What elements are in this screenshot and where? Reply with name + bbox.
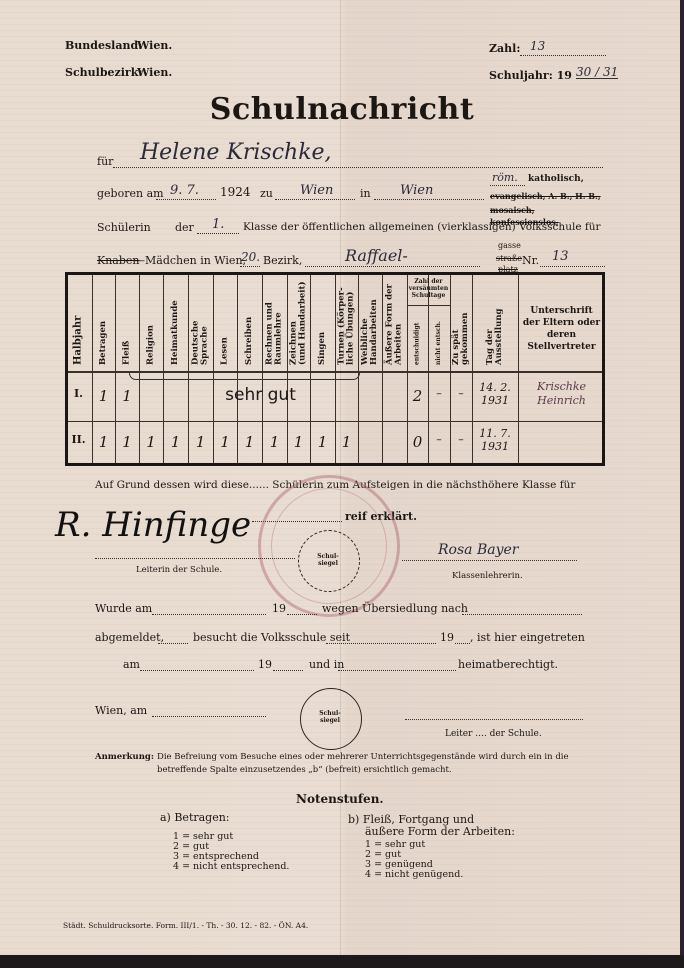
transfer-line3-c: und in <box>309 659 344 670</box>
table-gridline <box>407 305 450 306</box>
table-header-cell: Lesen <box>215 281 235 365</box>
transfer-line2-c: 19 <box>440 632 454 643</box>
seal-label: Schul- siegel <box>298 553 358 567</box>
form-footer: Städt. Schuldrucksorte. Form. III/1. - T… <box>63 922 308 930</box>
transfer-line1-b: 19 <box>272 603 286 614</box>
grading-b-title-1: b) Fleiß, Fortgang und <box>348 814 474 825</box>
table-header-cell: Zu spät gekommen <box>452 281 470 365</box>
note-line1: Die Befreiung vom Besuche eines oder meh… <box>157 753 569 762</box>
table-header-cell: Deutsche Sprache <box>190 281 211 365</box>
table-header-cell: Turnen (Körper- liche Übungen) <box>337 281 356 365</box>
grading-a-list: 1 = sehr gut2 = gut3 = entsprechend4 = n… <box>173 832 289 872</box>
term-label: I. <box>65 387 92 400</box>
teacher-signature: Rosa Bayer <box>438 543 518 557</box>
note-line2: betreffende Spalte einzusetzendes „b“ (b… <box>157 766 452 775</box>
table-header-missed-days: Zahl der versäumten Schultage <box>408 279 449 300</box>
street-name: Raffael- <box>345 248 408 264</box>
district-label: Schulbezirk: <box>65 67 142 78</box>
school-year-label: Schuljahr: 19 <box>489 70 572 81</box>
table-header-cell: Halbjahr <box>67 281 90 365</box>
homeland: Wien <box>400 184 433 197</box>
house-no-label: Nr. <box>522 255 539 266</box>
number-label: Zahl: <box>489 43 520 54</box>
transfer-line1-a: Wurde am <box>95 603 152 614</box>
table-header-cell: Singen <box>312 281 333 365</box>
transfer-line2-a: abgemeldet, <box>95 632 164 643</box>
principal-label: Leiterin der Schule. <box>136 566 222 575</box>
principal-signature: R. Hinfinge <box>55 508 251 542</box>
born-in-label: zu <box>260 188 273 199</box>
class-label-post: Klasse der öffentlichen allgemeinen (vie… <box>243 222 601 233</box>
class-value: 1. <box>212 218 224 231</box>
religion-option-jewish: mosaisch, <box>490 206 535 214</box>
district-word: Bezirk, <box>263 255 302 266</box>
grade-cell: 1 <box>335 433 358 451</box>
table-header-cell: Religion <box>141 281 161 365</box>
table-header-cell: Weibliche Handarbeiten <box>360 281 380 365</box>
table-header-cell: entschuldigt <box>409 309 426 365</box>
transfer-line3-a: am <box>123 659 140 670</box>
religion-option-evangelical: evangelisch, A. B., H. B., <box>490 192 601 200</box>
table-header-signature: Unterschrift der Eltern oder deren Stell… <box>522 305 601 354</box>
table-header-cell: Schreiben <box>239 281 260 365</box>
school-year-value: 30 / 31 <box>576 66 618 79</box>
issue-date-year: 1931 <box>472 394 518 407</box>
grade-cell: 1 <box>262 433 287 451</box>
grade-cell: 1 <box>139 433 163 451</box>
grading-b-list: 1 = sehr gut2 = gut3 = genügend4 = nicht… <box>365 840 463 880</box>
table-header-cell: Betragen <box>94 281 113 365</box>
late-count: – <box>450 433 472 446</box>
late-count: – <box>450 387 472 400</box>
table-gridline <box>518 275 519 463</box>
district-number: 20. <box>241 251 260 263</box>
grade-cell: 1 <box>213 433 237 451</box>
district-value: Wien. <box>137 67 172 78</box>
brace-mark <box>129 373 360 380</box>
state-label: Bundesland: <box>65 40 142 51</box>
place-date-label: Wien, am <box>95 705 147 716</box>
transfer-line2-b: besucht die Volksschule seit <box>193 632 350 643</box>
grade-cell: 1 <box>188 433 213 451</box>
grading-a-item: 4 = nicht entsprechend. <box>173 862 289 872</box>
religion-written: röm. <box>492 172 518 183</box>
number-value: 13 <box>530 40 545 52</box>
table-header-cell: Tag der Ausstellung <box>474 281 516 365</box>
issue-date: 14. 2. <box>472 381 518 394</box>
scan-edge-right <box>680 0 684 968</box>
grade-cell: 1 <box>310 433 335 451</box>
table-header-cell: Äußere Form der Arbeiten <box>384 281 405 365</box>
table-header-cell: Fleiß <box>117 281 137 365</box>
issue-date-year: 1931 <box>472 440 518 453</box>
grade-cell: 1 <box>92 387 115 405</box>
religion-option-catholic: katholisch, <box>528 175 584 184</box>
note-label: Anmerkung: <box>95 753 154 762</box>
transfer-line3-d: heimatberechtigt. <box>458 659 558 670</box>
table-header-cell: Rechnen und Raumlehre <box>264 281 285 365</box>
girls-label: —Mädchen in Wien, <box>134 255 246 266</box>
unexcused-days: – <box>428 387 450 400</box>
state-value: Wien. <box>137 40 172 51</box>
grading-b-title-2: äußere Form der Arbeiten: <box>365 826 515 837</box>
subjects-summary-grade: sehr gut <box>139 385 382 405</box>
excused-days: 2 <box>407 387 428 405</box>
document-title: Schulnachricht <box>0 92 684 127</box>
street-type-gasse: gasse <box>498 242 521 250</box>
table-gridline <box>358 275 359 463</box>
issue-date: 11. 7. <box>472 427 518 440</box>
pupil-label: Schülerin <box>97 222 151 233</box>
table-gridline <box>382 275 383 463</box>
parent-signature-2: Heinrich <box>518 394 605 407</box>
birthplace: Wien <box>300 184 333 197</box>
homeland-in-label: in <box>360 188 371 199</box>
house-number: 13 <box>552 250 569 263</box>
grade-cell: 1 <box>115 387 139 405</box>
grading-a-title: a) Betragen: <box>160 812 230 823</box>
table-header-cell: nicht entsch. <box>430 309 448 365</box>
transfer-line1-c: wegen Übersiedlung nach <box>322 603 468 614</box>
table-gridline <box>68 421 602 422</box>
teacher-label: Klassenlehrerin. <box>452 572 523 581</box>
born-label: geboren am <box>97 188 164 199</box>
grade-cell: 1 <box>92 433 115 451</box>
grades-table: HalbjahrBetragenFleißReligionHeimatkunde… <box>65 272 605 466</box>
table-header-cell: Zeichnen (und Handarbeit) <box>289 281 308 365</box>
grade-cell: 1 <box>287 433 310 451</box>
principal-label-empty: Leiter .... der Schule. <box>445 730 542 739</box>
unexcused-days: – <box>428 433 450 446</box>
parent-signature: Krischke <box>518 380 605 393</box>
seal-label-empty: Schul- siegel <box>300 710 360 724</box>
transfer-line2-d: , ist hier eingetreten <box>470 632 585 643</box>
grade-cell: 1 <box>237 433 262 451</box>
grade-cell: 1 <box>163 433 188 451</box>
born-year: 1924 <box>220 186 251 198</box>
grade-cell: 1 <box>115 433 139 451</box>
scan-edge-bottom <box>0 955 684 968</box>
for-label: für <box>97 156 113 167</box>
born-day: 9. 7. <box>170 184 199 197</box>
transfer-line3-b: 19 <box>258 659 272 670</box>
street-type-strasse: straße <box>496 255 522 263</box>
class-label-pre: der <box>175 222 194 233</box>
grading-b-item: 4 = nicht genügend. <box>365 870 463 880</box>
term-label: II. <box>65 433 92 446</box>
grading-title: Notenstufen. <box>296 793 384 805</box>
table-header-cell: Heimatkunde <box>165 281 186 365</box>
student-name: Helene Krischke, <box>140 142 332 164</box>
excused-days: 0 <box>407 433 428 451</box>
